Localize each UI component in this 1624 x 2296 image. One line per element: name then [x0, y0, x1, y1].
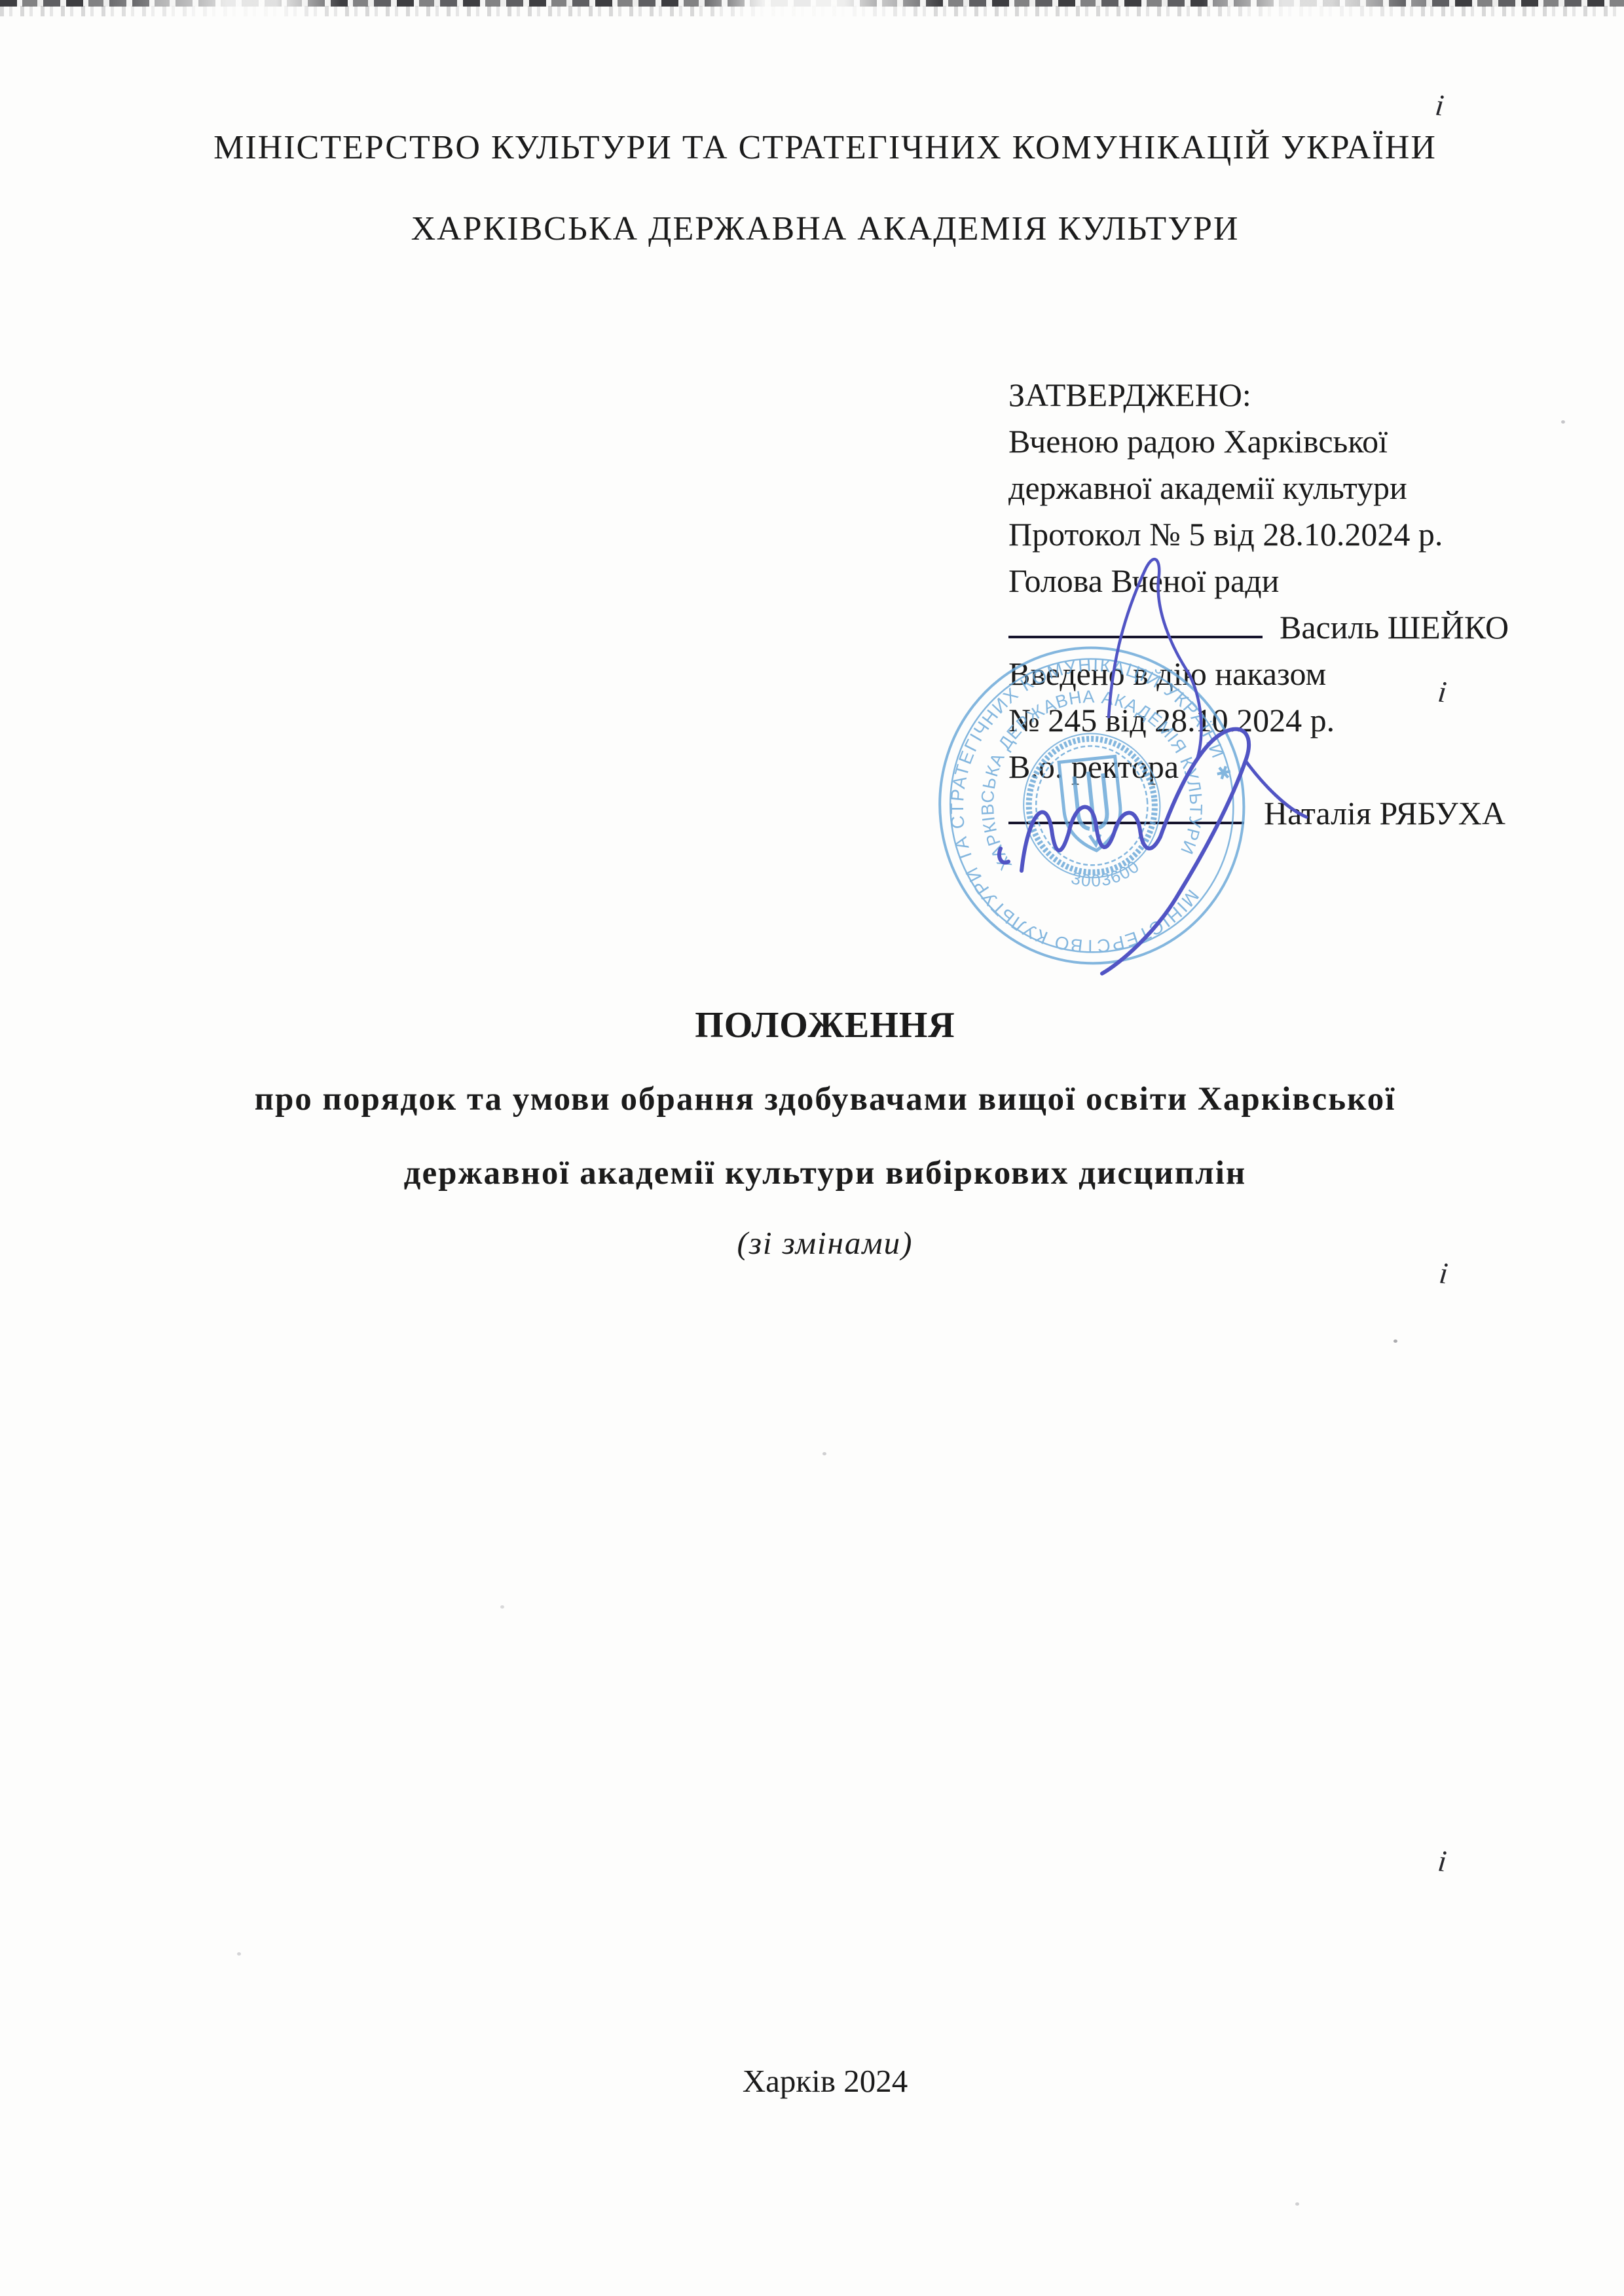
approval-line: державної академії культури — [1008, 465, 1598, 511]
scan-speck — [500, 1605, 504, 1609]
document-page: МІНІСТЕРСТВО КУЛЬТУРИ ТА СТРАТЕГІЧНИХ КО… — [0, 0, 1624, 2296]
ink-artifact: і — [1437, 1846, 1449, 1876]
scan-speck — [1393, 1339, 1397, 1343]
scan-speck — [237, 1952, 241, 1956]
approved-label: ЗАТВЕРДЖЕНО: — [1008, 372, 1598, 418]
footer-city-year: Харків 2024 — [72, 2062, 1578, 2100]
sheiko-signature — [1109, 559, 1201, 759]
scan-artifact-fade — [0, 0, 1624, 18]
ministry-title: МІНІСТЕРСТВО КУЛЬТУРИ ТА СТРАТЕГІЧНИХ КО… — [72, 128, 1578, 167]
document-subtitle-2: державної академії культури вибіркових д… — [72, 1154, 1578, 1192]
scan-speck — [822, 1452, 826, 1455]
riabukha-signature — [999, 729, 1306, 974]
signatures-overlay — [917, 543, 1349, 1015]
academy-title: ХАРКІВСЬКА ДЕРЖАВНА АКАДЕМІЯ КУЛЬТУРИ — [72, 210, 1578, 248]
document-title: ПОЛОЖЕННЯ — [72, 1004, 1578, 1046]
document-subtitle-1: про порядок та умови обрання здобувачами… — [72, 1080, 1578, 1118]
ink-artifact: і — [1434, 90, 1446, 120]
ink-artifact: і — [1438, 1258, 1450, 1288]
approval-line: Вченою радою Харківської — [1008, 418, 1598, 465]
scan-speck — [1295, 2202, 1299, 2206]
scan-speck — [1561, 420, 1565, 424]
document-note: (зі змінами) — [72, 1224, 1578, 1262]
